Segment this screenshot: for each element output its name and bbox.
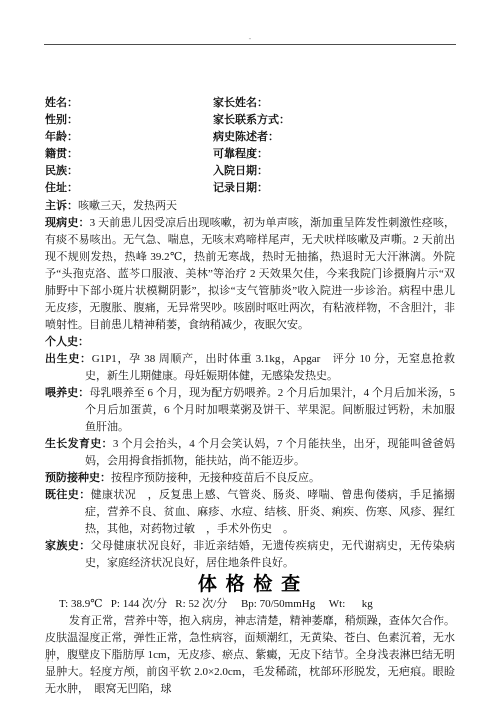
- birth-history-text: G1P1，孕 38 周顺产，出时体重 3.1kg，Apgar 评分 10 分，无…: [85, 353, 455, 382]
- feeding-history-text: 母乳喂养至 6 个月，现为配方奶喂养。2 个月后加果汁，4 个月后加米汤，5 个…: [85, 387, 455, 433]
- field-label-gender: 性别：: [45, 112, 213, 129]
- section-birth-history: 出生史：G1P1，孕 38 周顺产，出时体重 3.1kg，Apgar 评分 10…: [45, 351, 455, 385]
- form-row: 姓名： 家长姓名：: [45, 95, 455, 112]
- family-history-text: 父母健康状况良好，非近亲结婚，无遗传疾病史，无代谢病史，无传染病史，家庭经济状况…: [85, 540, 455, 569]
- section-growth-history: 生长发育史：3 个月会抬头，4 个月会笑认妈，7 个月能扶坐，出牙，现能叫爸爸妈…: [45, 436, 455, 470]
- page-footer-mark: 1 .: [46, 656, 53, 664]
- growth-history-label: 生长发育史：: [45, 438, 113, 450]
- section-family-history: 家族史：父母健康状况良好，非近亲结婚，无遗传疾病史，无代谢病史，无传染病史，家庭…: [45, 538, 455, 572]
- vital-signs-line: T: 38.9℃ P: 144 次/分 R: 52 次/分 Bp: 70/50m…: [45, 596, 455, 613]
- birth-history-label: 出生史：: [45, 353, 92, 365]
- header-mark: -: [0, 35, 500, 43]
- field-label-native-place: 籍贯：: [45, 146, 213, 163]
- growth-history-text: 3 个月会抬头，4 个月会笑认妈，7 个月能扶坐，出牙，现能叫爸爸妈妈，会用拇食…: [85, 438, 455, 467]
- field-label-parent-name: 家长姓名：: [213, 95, 455, 112]
- past-history-text: 健康状况 ，反复患上感、气管炎、肠炎、哮喘、曾患佝偻病，手足搐搦症，营养不良、贫…: [85, 489, 455, 535]
- physical-exam-title: 体 格 检 查: [45, 573, 455, 596]
- section-past-history: 既往史：健康状况 ，反复患上感、气管炎、肠炎、哮喘、曾患佝偻病，手足搐搦症，营养…: [45, 487, 455, 538]
- header-divider: [44, 44, 456, 45]
- form-row: 籍贯： 可靠程度：: [45, 146, 455, 163]
- chief-complaint-label: 主诉：: [45, 200, 78, 212]
- patient-info-form: 姓名： 家长姓名： 性别： 家长联系方式： 年龄： 病史陈述者： 籍贯： 可靠程…: [45, 95, 455, 197]
- section-present-illness: 现病史：3 天前患儿因受凉后出现咳嗽，初为单声咳，渐加重呈阵发性刺激性痉咳，有痰…: [45, 215, 455, 334]
- present-illness-label: 现病史：: [45, 217, 90, 229]
- medical-record-page: - 姓名： 家长姓名： 性别： 家长联系方式： 年龄： 病史陈述者： 籍贯： 可…: [0, 0, 500, 708]
- physical-exam-findings: 发育正常，营养中等，抱入病房，神志清楚，精神萎靡，稍烦躁，查体欠合作。皮肤温湿度…: [45, 613, 455, 698]
- field-label-name: 姓名：: [45, 95, 213, 112]
- section-vaccination-history: 预防接种史：按程序预防接种，无接种疫苗后不良反应。: [45, 470, 455, 487]
- vaccination-history-text: 按程序预防接种，无接种疫苗后不良反应。: [111, 472, 320, 484]
- field-label-history-narrator: 病史陈述者：: [213, 129, 455, 146]
- feeding-history-label: 喂养史：: [45, 387, 89, 399]
- present-illness-text: 3 天前患儿因受凉后出现咳嗽，初为单声咳，渐加重呈阵发性刺激性痉咳，有痰不易咳出…: [45, 217, 455, 331]
- field-label-address: 住址：: [45, 180, 213, 197]
- form-row: 性别： 家长联系方式：: [45, 112, 455, 129]
- section-feeding-history: 喂养史：母乳喂养至 6 个月，现为配方奶喂养。2 个月后加果汁，4 个月后加米汤…: [45, 385, 455, 436]
- section-chief-complaint: 主诉：咳嗽三天，发热两天: [45, 198, 455, 215]
- field-label-parent-contact: 家长联系方式：: [213, 112, 455, 129]
- field-label-admission-date: 入院日期：: [213, 163, 455, 180]
- section-personal-history-heading: 个人史：: [45, 334, 455, 351]
- field-label-age: 年龄：: [45, 129, 213, 146]
- form-row: 年龄： 病史陈述者：: [45, 129, 455, 146]
- form-row: 住址： 记录日期：: [45, 180, 455, 197]
- family-history-label: 家族史：: [45, 540, 91, 552]
- past-history-label: 既往史：: [45, 489, 91, 501]
- personal-history-heading: 个人史：: [45, 336, 89, 348]
- field-label-ethnicity: 民族：: [45, 163, 213, 180]
- record-content: 姓名： 家长姓名： 性别： 家长联系方式： 年龄： 病史陈述者： 籍贯： 可靠程…: [45, 95, 455, 698]
- form-row: 民族： 入院日期：: [45, 163, 455, 180]
- chief-complaint-text: 咳嗽三天，发热两天: [78, 200, 177, 212]
- vaccination-history-label: 预防接种史：: [45, 472, 111, 484]
- field-label-record-date: 记录日期：: [213, 180, 455, 197]
- field-label-reliability: 可靠程度：: [213, 146, 455, 163]
